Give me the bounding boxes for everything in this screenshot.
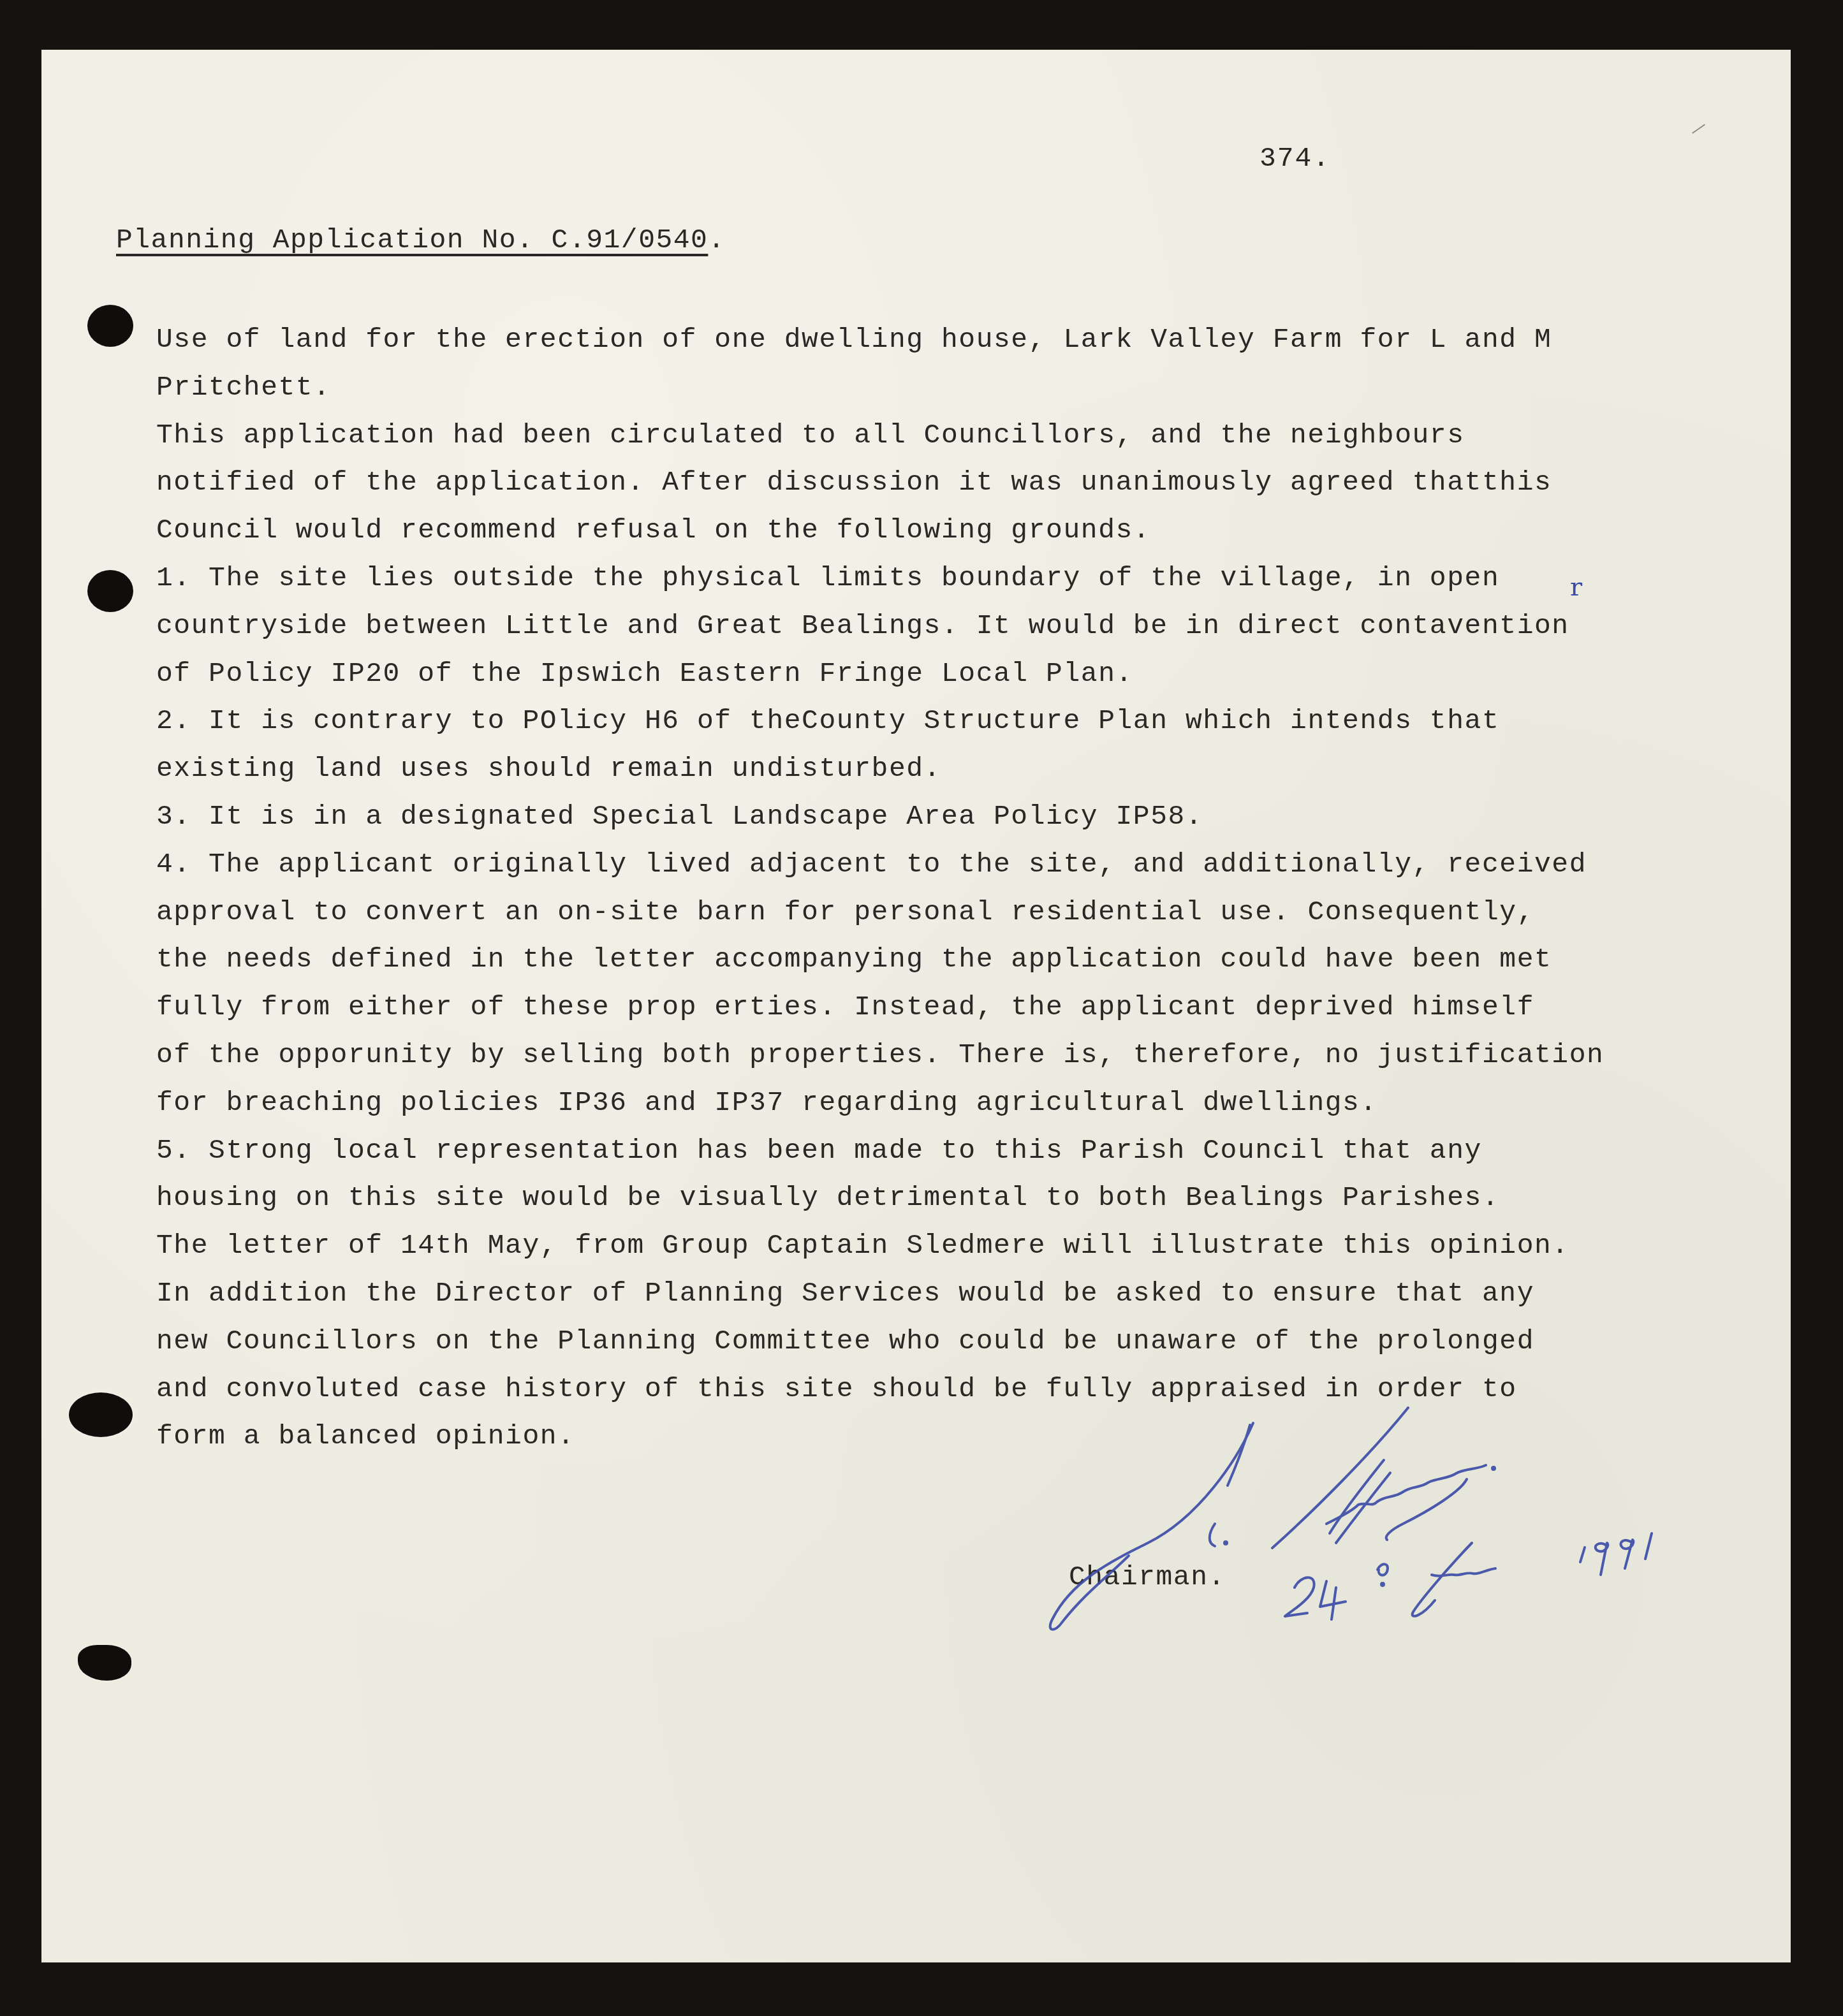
minutes-body: Use of land for the erection of one dwel… bbox=[156, 316, 1789, 1461]
title-suffix: . bbox=[708, 224, 725, 256]
ground-4-line: the needs defined in the letter accompan… bbox=[156, 936, 1789, 984]
ground-5-line: housing on this site would be visually d… bbox=[156, 1174, 1789, 1222]
handwritten-correction: r bbox=[1570, 573, 1582, 602]
body-line: Pritchett. bbox=[156, 364, 1789, 412]
punch-hole-2 bbox=[87, 570, 133, 612]
body-line: notified of the application. After discu… bbox=[156, 459, 1789, 507]
ground-4-line: fully from either of these prop erties. … bbox=[156, 984, 1789, 1032]
ground-2-line: 2. It is contrary to POlicy H6 of theCou… bbox=[156, 698, 1789, 745]
body-line: The letter of 14th May, from Group Capta… bbox=[156, 1222, 1789, 1270]
body-line: form a balanced opinion. bbox=[156, 1413, 1789, 1461]
ground-1-line: of Policy IP20 of the Ipswich Eastern Fr… bbox=[156, 650, 1789, 698]
body-line: new Councillors on the Planning Committe… bbox=[156, 1318, 1789, 1366]
body-line: Council would recommend refusal on the f… bbox=[156, 507, 1789, 555]
body-line: Use of land for the erection of one dwel… bbox=[156, 316, 1789, 364]
signature-role: Chairman. bbox=[1069, 1561, 1226, 1593]
punch-hole-3 bbox=[69, 1392, 133, 1437]
ground-4-line: 4. The applicant originally lived adjace… bbox=[156, 841, 1789, 889]
ground-5-line: 5. Strong local representation has been … bbox=[156, 1127, 1789, 1175]
ground-4-line: of the opporunity by selling both proper… bbox=[156, 1032, 1789, 1079]
ground-1-line: 1. The site lies outside the physical li… bbox=[156, 555, 1789, 603]
page-number: 374. bbox=[1259, 143, 1330, 174]
ground-2-line: existing land uses should remain undistu… bbox=[156, 745, 1789, 793]
ground-3-line: 3. It is in a designated Special Landsca… bbox=[156, 793, 1789, 841]
page-title: Planning Application No. C.91/0540. bbox=[116, 224, 726, 256]
ground-4-line: for breaching policies IP36 and IP37 reg… bbox=[156, 1079, 1789, 1127]
body-line: This application had been circulated to … bbox=[156, 412, 1789, 460]
ground-1-line: countryside between Little and Great Bea… bbox=[156, 603, 1789, 650]
body-line: In addition the Director of Planning Ser… bbox=[156, 1270, 1789, 1318]
body-line: and convoluted case history of this site… bbox=[156, 1366, 1789, 1413]
punch-hole-1 bbox=[87, 305, 133, 347]
ground-4-line: approval to convert an on-site barn for … bbox=[156, 889, 1789, 937]
title-underlined: Planning Application No. C.91/0540 bbox=[116, 224, 708, 256]
